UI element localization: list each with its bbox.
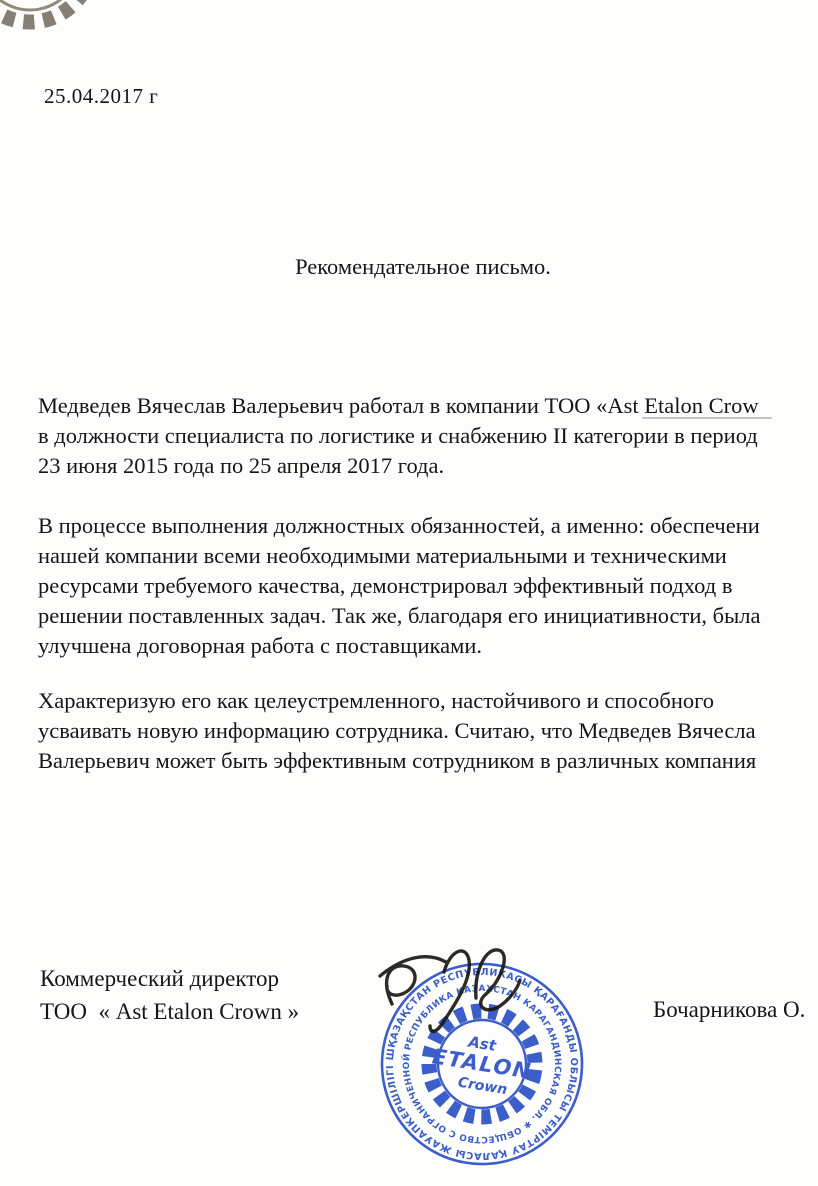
- letter-paragraph: В процессе выполнения должностных обязан…: [38, 511, 818, 661]
- signer-name: Бочарникова О.: [653, 997, 805, 1023]
- signer-company: ТОО « Ast Etalon Crown »: [40, 995, 299, 1028]
- letter-paragraph: Медведев Вячеслав Валерьевич работал в к…: [38, 391, 818, 481]
- letter-line: 23 июня 2015 года по 25 апреля 2017 года…: [38, 451, 818, 481]
- letter-line: улучшена договорная работа с поставщикам…: [38, 631, 818, 661]
- letter-paragraph: Характеризую его как целеустремленного, …: [38, 686, 818, 776]
- signature-block: Коммерческий директор ТОО « Ast Etalon C…: [40, 962, 299, 1028]
- letter-line: в должности специалиста по логистике и с…: [38, 421, 818, 451]
- letter-line: нашей компании всеми необходимыми матери…: [38, 541, 818, 571]
- scan-artifact-line: [642, 417, 772, 419]
- letter-line: В процессе выполнения должностных обязан…: [38, 511, 818, 541]
- letter-line: решении поставленных задач. Так же, благ…: [38, 601, 818, 631]
- letter-date: 25.04.2017 г: [44, 84, 158, 109]
- letter-line: Валерьевич может быть эффективным сотруд…: [38, 746, 818, 776]
- corner-stamp-mark-icon: [0, 0, 150, 62]
- letter-line: ресурсами требуемого качества, демонстри…: [38, 571, 818, 601]
- signer-role: Коммерческий директор: [40, 962, 299, 995]
- letter-page: 25.04.2017 г Рекомендательное письмо. Ме…: [0, 0, 818, 1186]
- letter-title: Рекомендательное письмо.: [0, 254, 818, 280]
- handwritten-signature: [370, 936, 560, 1056]
- letter-line: усваивать новую информацию сотрудника. С…: [38, 716, 818, 746]
- letter-line: Характеризую его как целеустремленного, …: [38, 686, 818, 716]
